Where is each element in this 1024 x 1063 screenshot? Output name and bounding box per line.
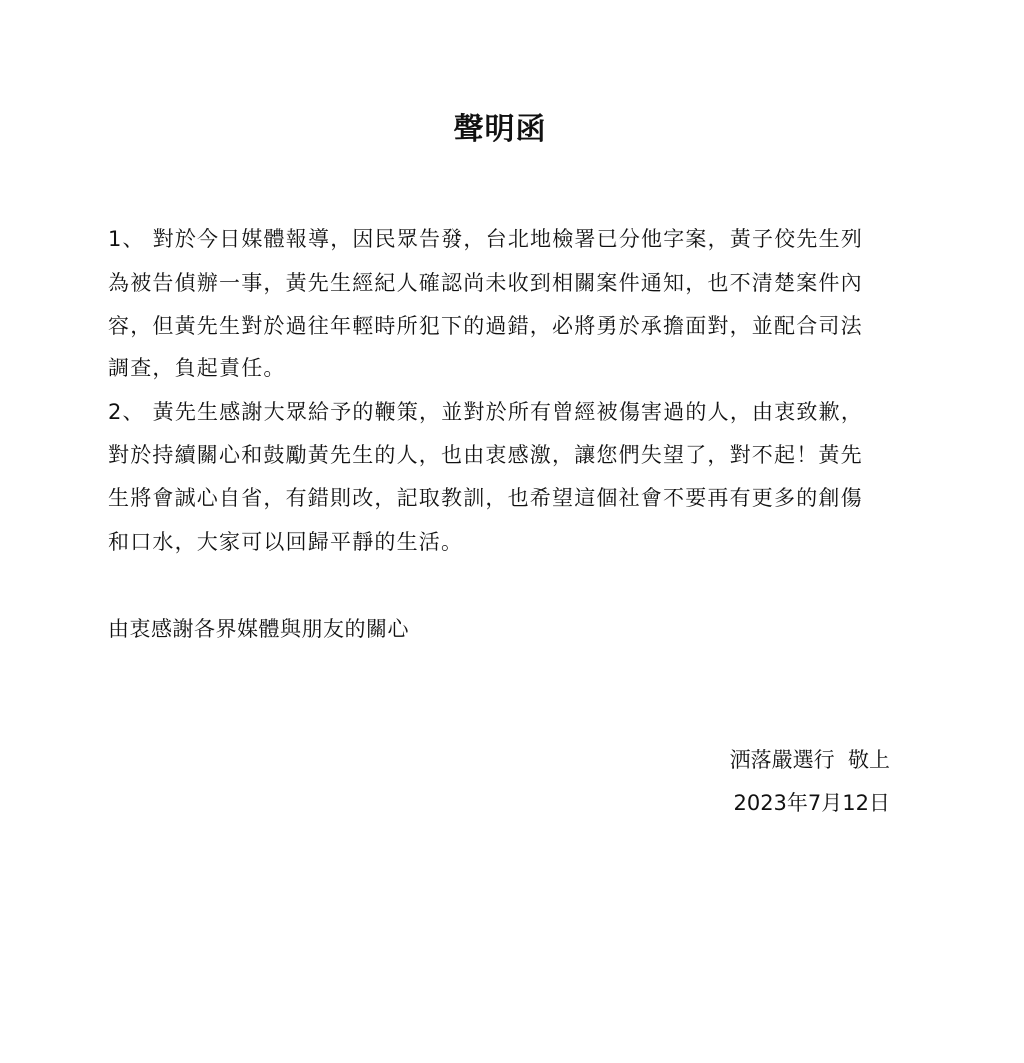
paragraph-1-line-2: 為被告偵辦一事，黃先生經紀人確認尚未收到相關案件通知，也不清楚案件內 [108, 268, 863, 298]
paragraph-1-line-3: 容，但黃先生對於過往年輕時所犯下的過錯，必將勇於承擔面對，並配合司法 [108, 311, 863, 341]
closing-remark: 由衷感謝各界媒體與朋友的關心 [108, 614, 409, 644]
date: 2023年7月12日 [733, 788, 890, 818]
paragraph-2-line-3: 生將會誠心自省，有錯則改，記取教訓，也希望這個社會不要再有更多的創傷 [108, 483, 863, 513]
paragraph-2-line-2: 對於持續關心和鼓勵黃先生的人，也由衷感激，讓您們失望了，對不起！黃先 [108, 440, 863, 470]
paragraph-2-line-4: 和口水，大家可以回歸平靜的生活。 [108, 527, 463, 557]
paragraph-2-line-1: 2、 黃先生感謝大眾給予的鞭策，並對於所有曾經被傷害過的人，由衷致歉， [108, 397, 863, 427]
paragraph-1-line-1: 1、 對於今日媒體報導，因民眾告發，台北地檢署已分他字案，黃子佼先生列 [108, 224, 863, 254]
paragraph-1-line-4: 調查，負起責任。 [108, 353, 286, 383]
document-title: 聲明函 [0, 108, 1000, 152]
signature: 洒落嚴選行 敬上 [730, 745, 890, 775]
